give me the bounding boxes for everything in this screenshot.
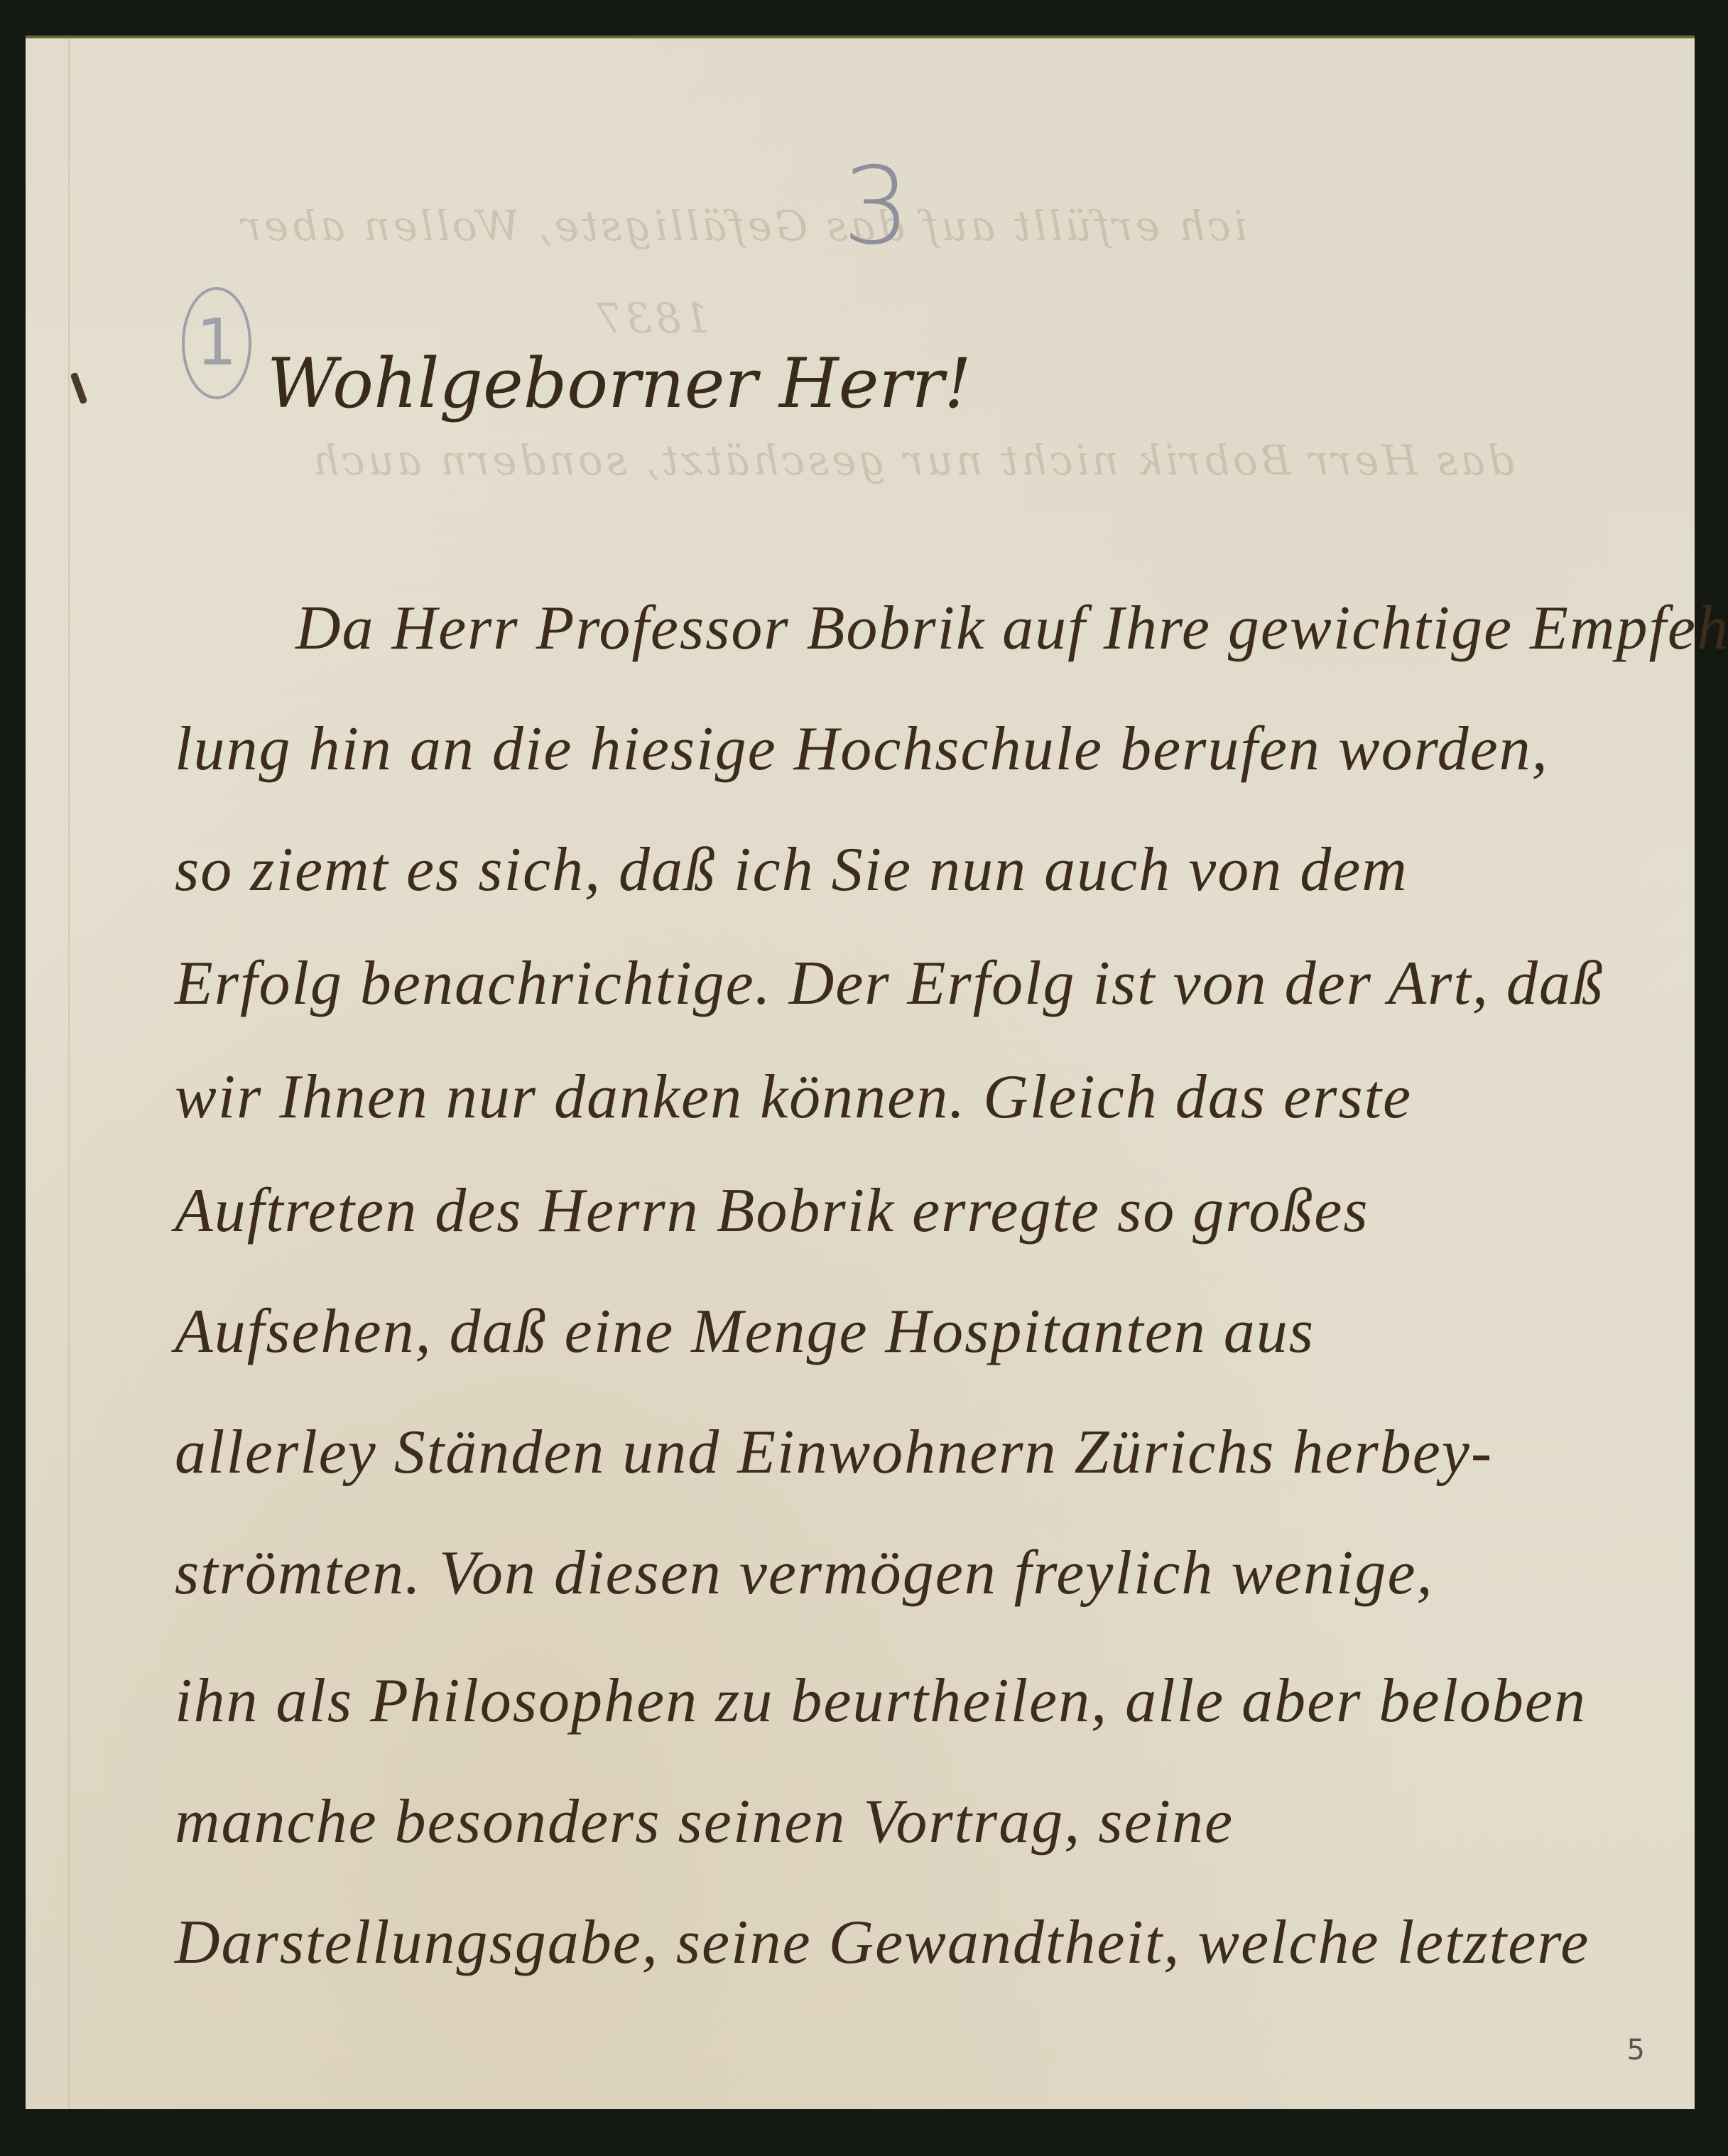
letter-line-7: Aufsehen, daß eine Menge Hospitanten aus (175, 1296, 1315, 1367)
bleed-line: 1837 (594, 294, 710, 342)
letter-line-1: Da Herr Professor Bobrik auf Ihre gewich… (295, 592, 1728, 664)
letter-line-6: Auftreten des Herrn Bobrik erregte so gr… (175, 1175, 1369, 1247)
letter-line-3: so ziemt es sich, daß ich Sie nun auch v… (175, 834, 1408, 906)
bleed-line: ich erfüllt auf das Gefälligste, Wollen … (239, 202, 1247, 250)
letter-page: ich erfüllt auf das Gefälligste, Wollen … (26, 36, 1695, 2109)
letter-line-4: Erfolg benachrichtige. Der Erfolg ist vo… (175, 948, 1604, 1019)
letter-line-11: manche besonders seinen Vortrag, seine (175, 1786, 1234, 1858)
footer-page-mark: 5 (1627, 2034, 1645, 2066)
circled-folio-number: 1 (182, 287, 251, 399)
letter-line-5: wir Ihnen nur danken können. Gleich das … (175, 1061, 1412, 1133)
letter-line-10: ihn als Philosophen zu beurtheilen, alle… (175, 1665, 1587, 1737)
letter-line-12: Darstellungsgabe, seine Gewandtheit, wel… (175, 1907, 1590, 1978)
archive-page-number: 3 (842, 145, 910, 269)
letter-line-9: strömten. Von diesen vermögen freylich w… (175, 1537, 1434, 1609)
ink-margin-mark (70, 372, 88, 405)
paper-fold (68, 38, 70, 2109)
letter-line-2: lung hin an die hiesige Hochschule beruf… (175, 713, 1549, 785)
bleed-line: das Herr Bobrik nicht nur geschätzt, son… (310, 436, 1514, 484)
salutation: Wohlgeborner Herr! (267, 344, 972, 423)
letter-line-8: allerley Ständen und Einwohnern Zürichs … (175, 1416, 1493, 1488)
